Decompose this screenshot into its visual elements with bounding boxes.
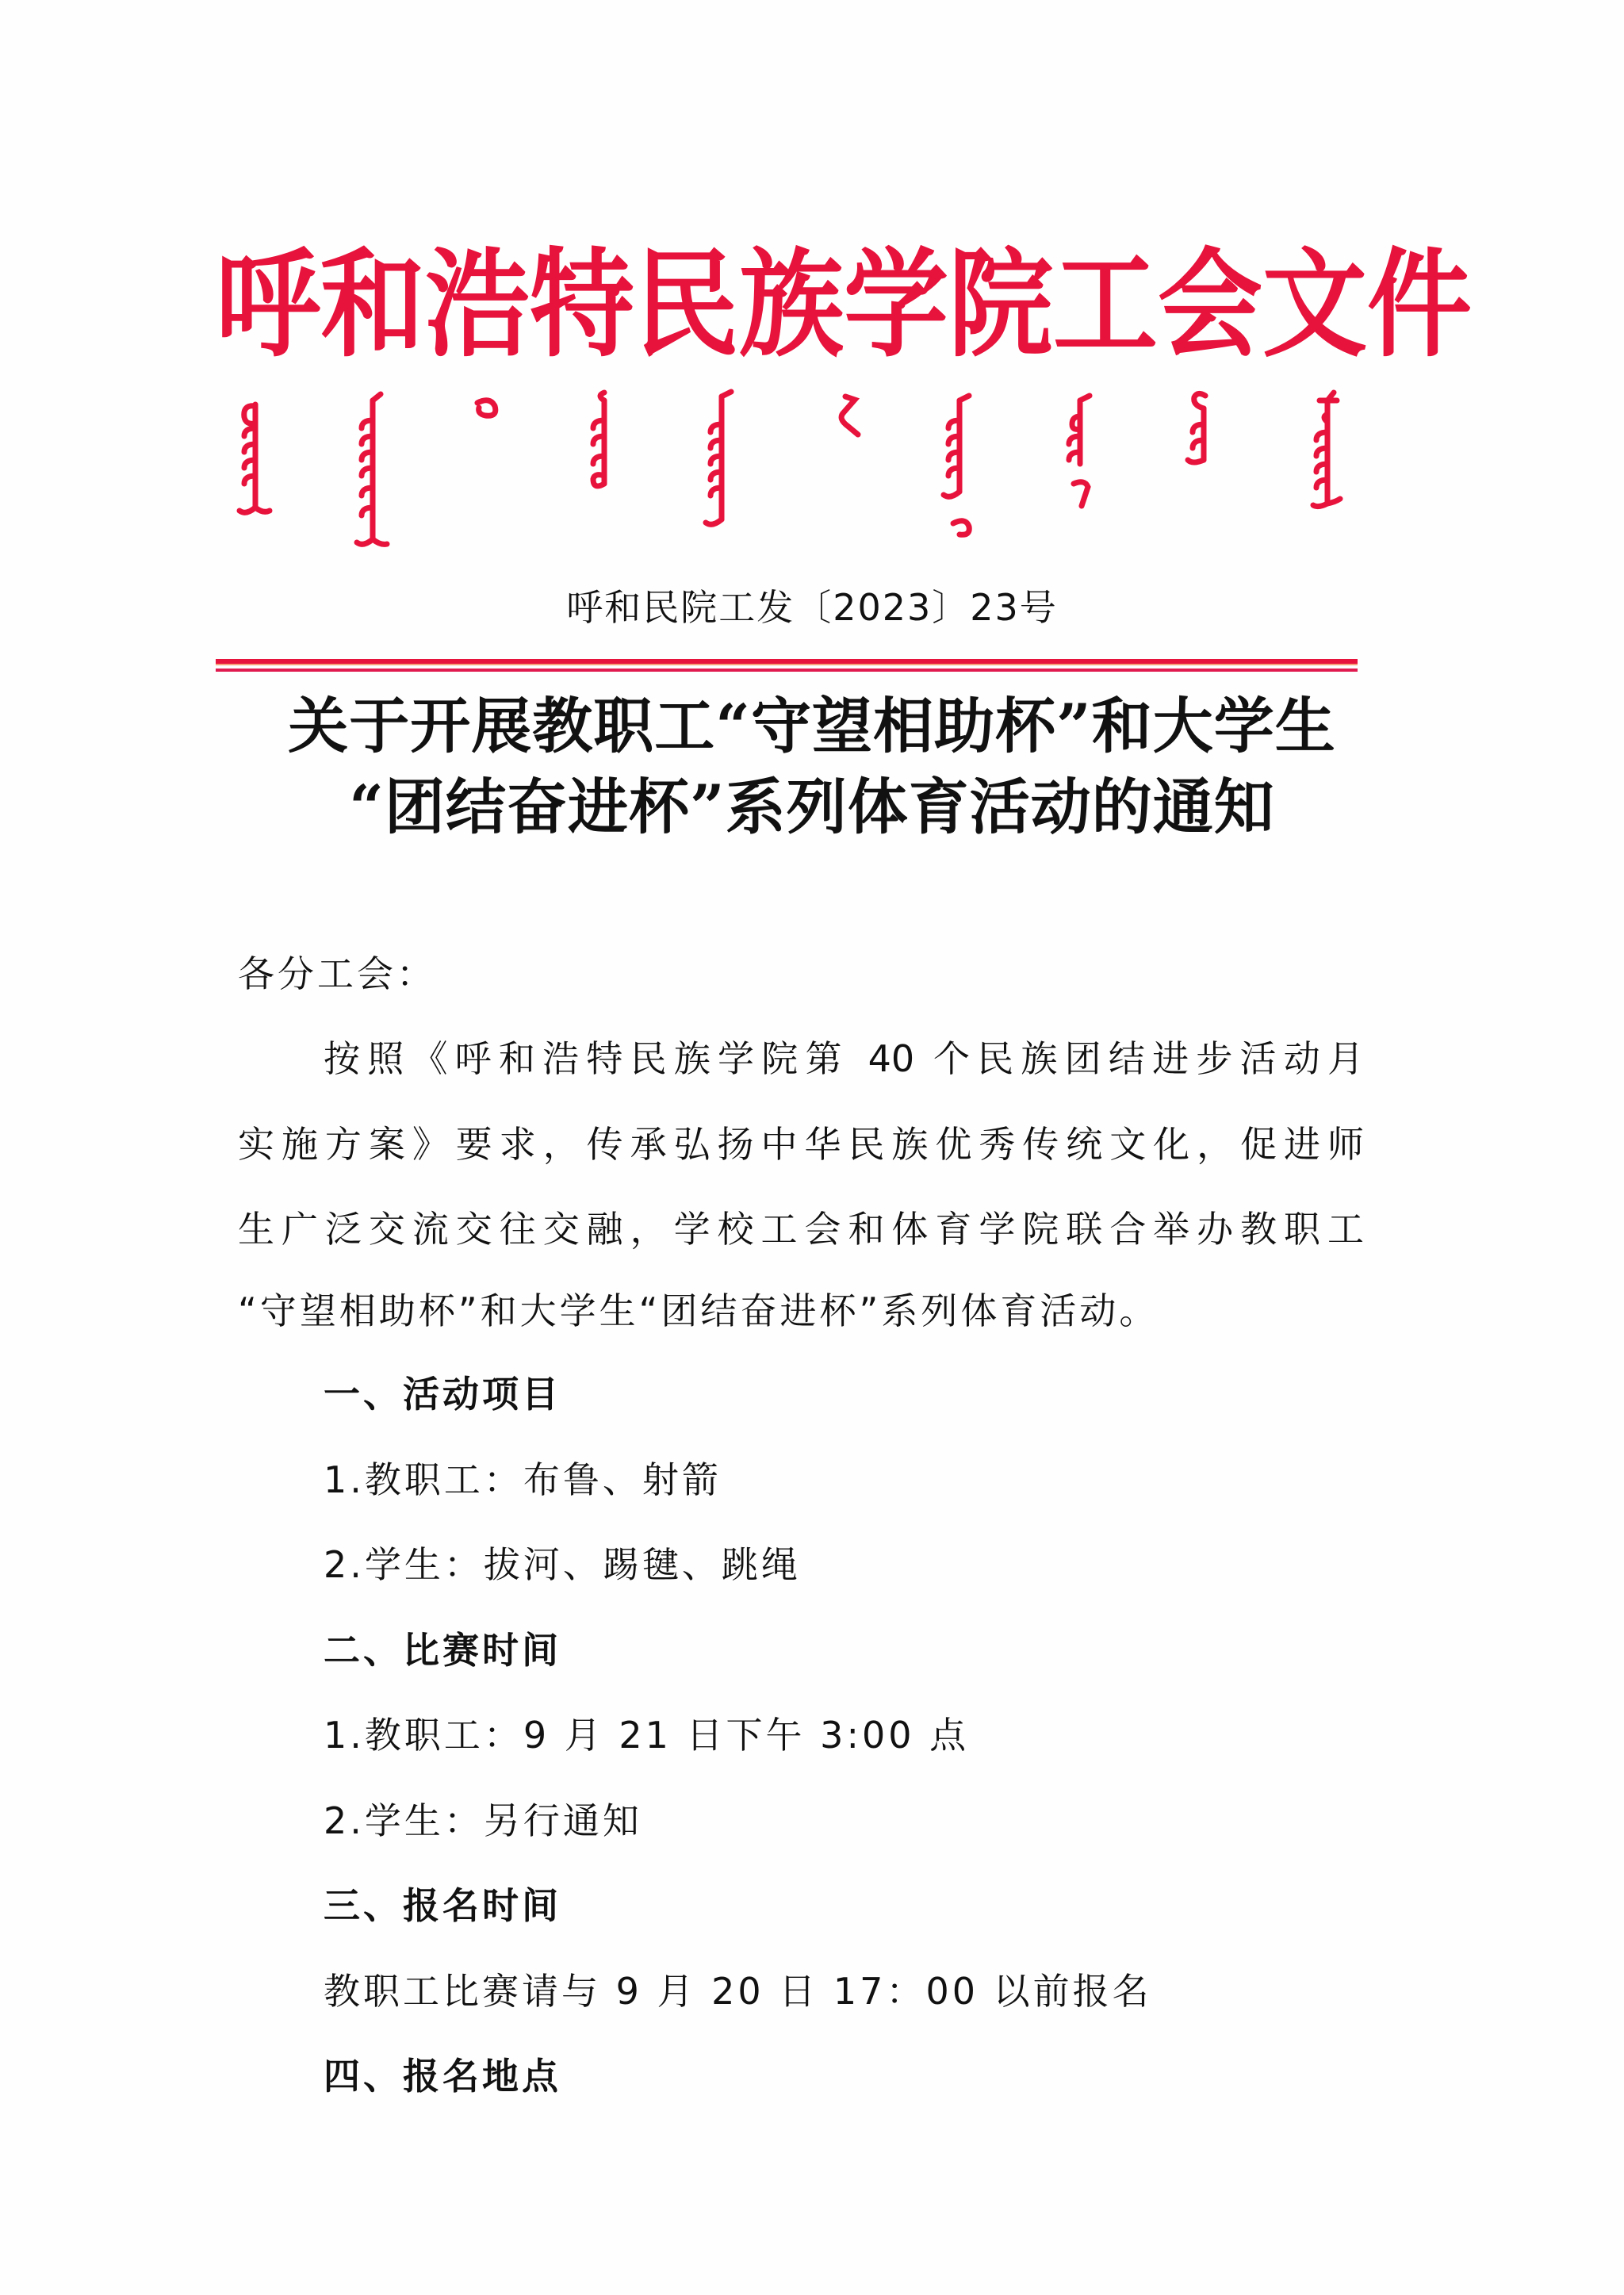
- masthead-char: 工: [1053, 247, 1158, 364]
- salutation: 各分工会：: [238, 956, 436, 992]
- masthead-char: 件: [1367, 247, 1472, 364]
- section-item: 2.学生：拔河、踢毽、跳绳: [324, 1546, 801, 1583]
- masthead-char: 民: [634, 247, 739, 364]
- mongolian-word-icon: [349, 389, 396, 563]
- mongolian-word-icon: [580, 389, 628, 508]
- document-title-line-1: 关于开展教职工“守望相助杯”和大学生: [0, 696, 1624, 757]
- mongolian-word-icon: [1304, 389, 1351, 523]
- masthead-char: 文: [1262, 247, 1367, 364]
- mongolian-word-icon: [825, 389, 872, 452]
- masthead-char: 会: [1158, 247, 1262, 364]
- masthead: 呼 和 浩 特 民 族 学 院 工 会 文 件: [216, 238, 1358, 373]
- masthead-char: 呼: [216, 247, 320, 364]
- mongolian-word-icon: [936, 389, 983, 547]
- mongolian-word-icon: [462, 389, 509, 436]
- section-item: 2.学生：另行通知: [324, 1803, 642, 1839]
- masthead-char: 族: [739, 247, 844, 364]
- intro-line-4: “守望相助杯”和大学生“团结奋进杯”系列体育活动。: [238, 1293, 1159, 1329]
- mongolian-word-icon: [1056, 389, 1104, 523]
- intro-line-3: 生广泛交流交往交融，学校工会和体育学院联合举办教职工: [238, 1211, 1364, 1247]
- mongolian-script-line: [232, 389, 1358, 563]
- mongolian-word-icon: [698, 389, 745, 539]
- masthead-char: 浩: [425, 247, 530, 364]
- masthead-char: 特: [530, 247, 634, 364]
- section-heading-activities: 一、活动项目: [324, 1376, 561, 1412]
- section-heading-registration-location: 四、报名地点: [324, 2058, 561, 2094]
- section-item: 1.教职工：9 月 21 日下午 3:00 点: [324, 1717, 969, 1753]
- masthead-char: 和: [320, 247, 425, 364]
- intro-line-2: 实施方案》要求，传承弘扬中华民族优秀传统文化，促进师: [238, 1126, 1364, 1163]
- red-rule-thin: [216, 669, 1358, 672]
- mongolian-word-icon: [232, 389, 279, 547]
- document-number: 呼和民院工发〔2023〕23号: [0, 579, 1624, 631]
- mongolian-word-icon: [1177, 389, 1224, 476]
- section-item: 教职工比赛请与 9 月 20 日 17：00 以前报名: [324, 1973, 1152, 2010]
- red-rule-inner: [216, 664, 1358, 665]
- section-heading-registration-time: 三、报名时间: [324, 1887, 561, 1924]
- masthead-char: 学: [844, 247, 948, 364]
- section-heading-competition-time: 二、比赛时间: [324, 1632, 561, 1669]
- document-page: 呼 和 浩 特 民 族 学 院 工 会 文 件: [0, 0, 1624, 2295]
- document-title-line-2: “团结奋进杯”系列体育活动的通知: [0, 777, 1624, 837]
- section-item: 1.教职工：布鲁、射箭: [324, 1462, 722, 1498]
- intro-line-1: 按照《呼和浩特民族学院第 40 个民族团结进步活动月: [238, 1040, 1364, 1077]
- masthead-char: 院: [948, 247, 1053, 364]
